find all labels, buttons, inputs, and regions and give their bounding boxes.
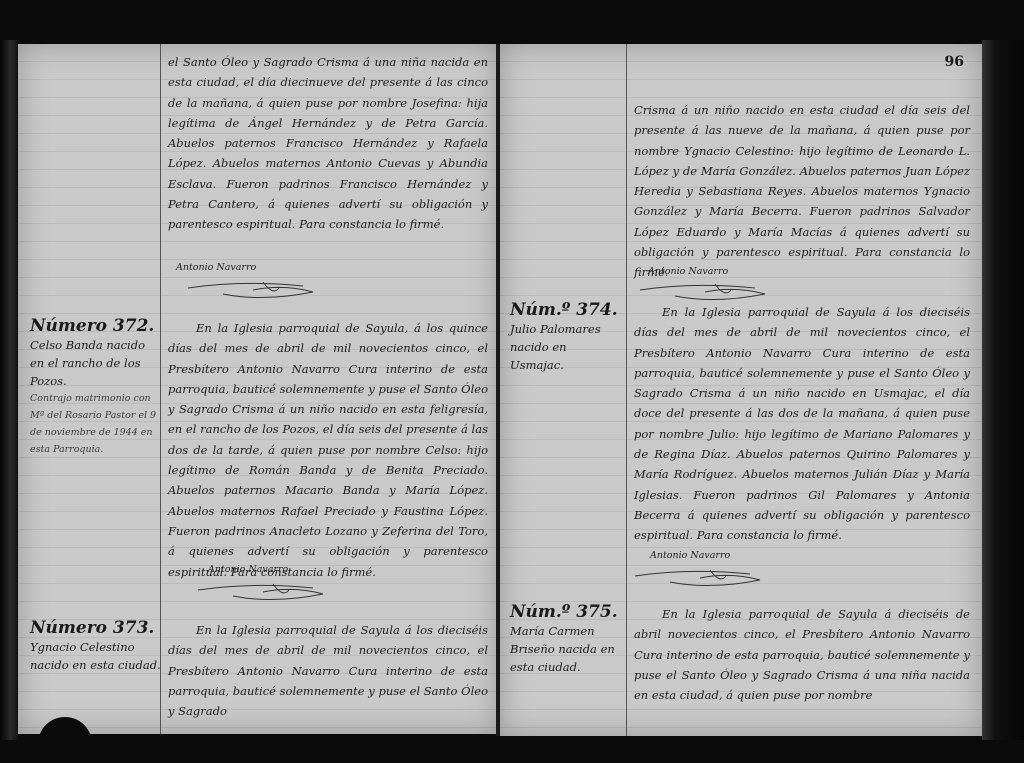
page-number: 96 — [945, 54, 964, 70]
signature-flourish — [635, 278, 785, 304]
marriage-annotation: Contrajo matrimonio con Mª del Rosario P… — [30, 390, 158, 458]
entry-374-body: En la Iglesia parroquial de Sayula á los… — [634, 302, 970, 546]
entry-name: Celso Banda nacido en el rancho de los P… — [30, 336, 158, 390]
book-binding-left — [0, 40, 18, 740]
entry-373-margin: Número 373. Ygnacio Celestino nacido en … — [30, 618, 162, 674]
priest-signature: Antonio Navarro — [650, 550, 730, 561]
entry-name: María Carmen Briseño nacida en esta ciud… — [510, 622, 628, 676]
left-page: el Santo Óleo y Sagrado Crisma á una niñ… — [18, 44, 498, 734]
entry-number: Núm.º 374. — [510, 300, 624, 320]
baptism-record-text: En la Iglesia parroquial de Sayula, á lo… — [168, 318, 488, 582]
entry-number: Número 372. — [30, 316, 158, 336]
entry-number: Número 373. — [30, 618, 162, 638]
priest-signature: Antonio Navarro — [176, 262, 256, 273]
baptism-record-text: En la Iglesia parroquial de Sayula á die… — [634, 604, 970, 705]
continuation-text: Crisma á un niño nacido en esta ciudad e… — [634, 100, 970, 283]
entry-372-margin: Número 372. Celso Banda nacido en el ran… — [30, 316, 158, 458]
entry-name: Julio Palomares nacido en Usmajac. — [510, 320, 624, 374]
entry-number: Núm.º 375. — [510, 602, 628, 622]
signature-flourish — [193, 578, 343, 604]
baptism-record-text: En la Iglesia parroquial de Sayula á los… — [168, 620, 488, 721]
continuation-text: el Santo Óleo y Sagrado Crisma á una niñ… — [168, 52, 488, 235]
priest-signature: Antonio Navarro — [648, 266, 728, 277]
priest-signature: Antonio Navarro — [208, 564, 288, 575]
book-binding-right — [982, 40, 1024, 740]
entry-372-body: En la Iglesia parroquial de Sayula, á lo… — [168, 318, 488, 582]
signature-flourish — [183, 276, 333, 302]
right-page: 96 Crisma á un niño nacido en esta ciuda… — [500, 44, 982, 736]
entry-373-body: En la Iglesia parroquial de Sayula á los… — [168, 620, 488, 721]
entry-374-margin: Núm.º 374. Julio Palomares nacido en Usm… — [510, 300, 624, 374]
signature-flourish — [630, 564, 780, 590]
baptism-record-text: En la Iglesia parroquial de Sayula á los… — [634, 302, 970, 546]
entry-375-body: En la Iglesia parroquial de Sayula á die… — [634, 604, 970, 705]
entry-name: Ygnacio Celestino nacido en esta ciudad. — [30, 638, 162, 674]
entry-375-margin: Núm.º 375. María Carmen Briseño nacida e… — [510, 602, 628, 676]
